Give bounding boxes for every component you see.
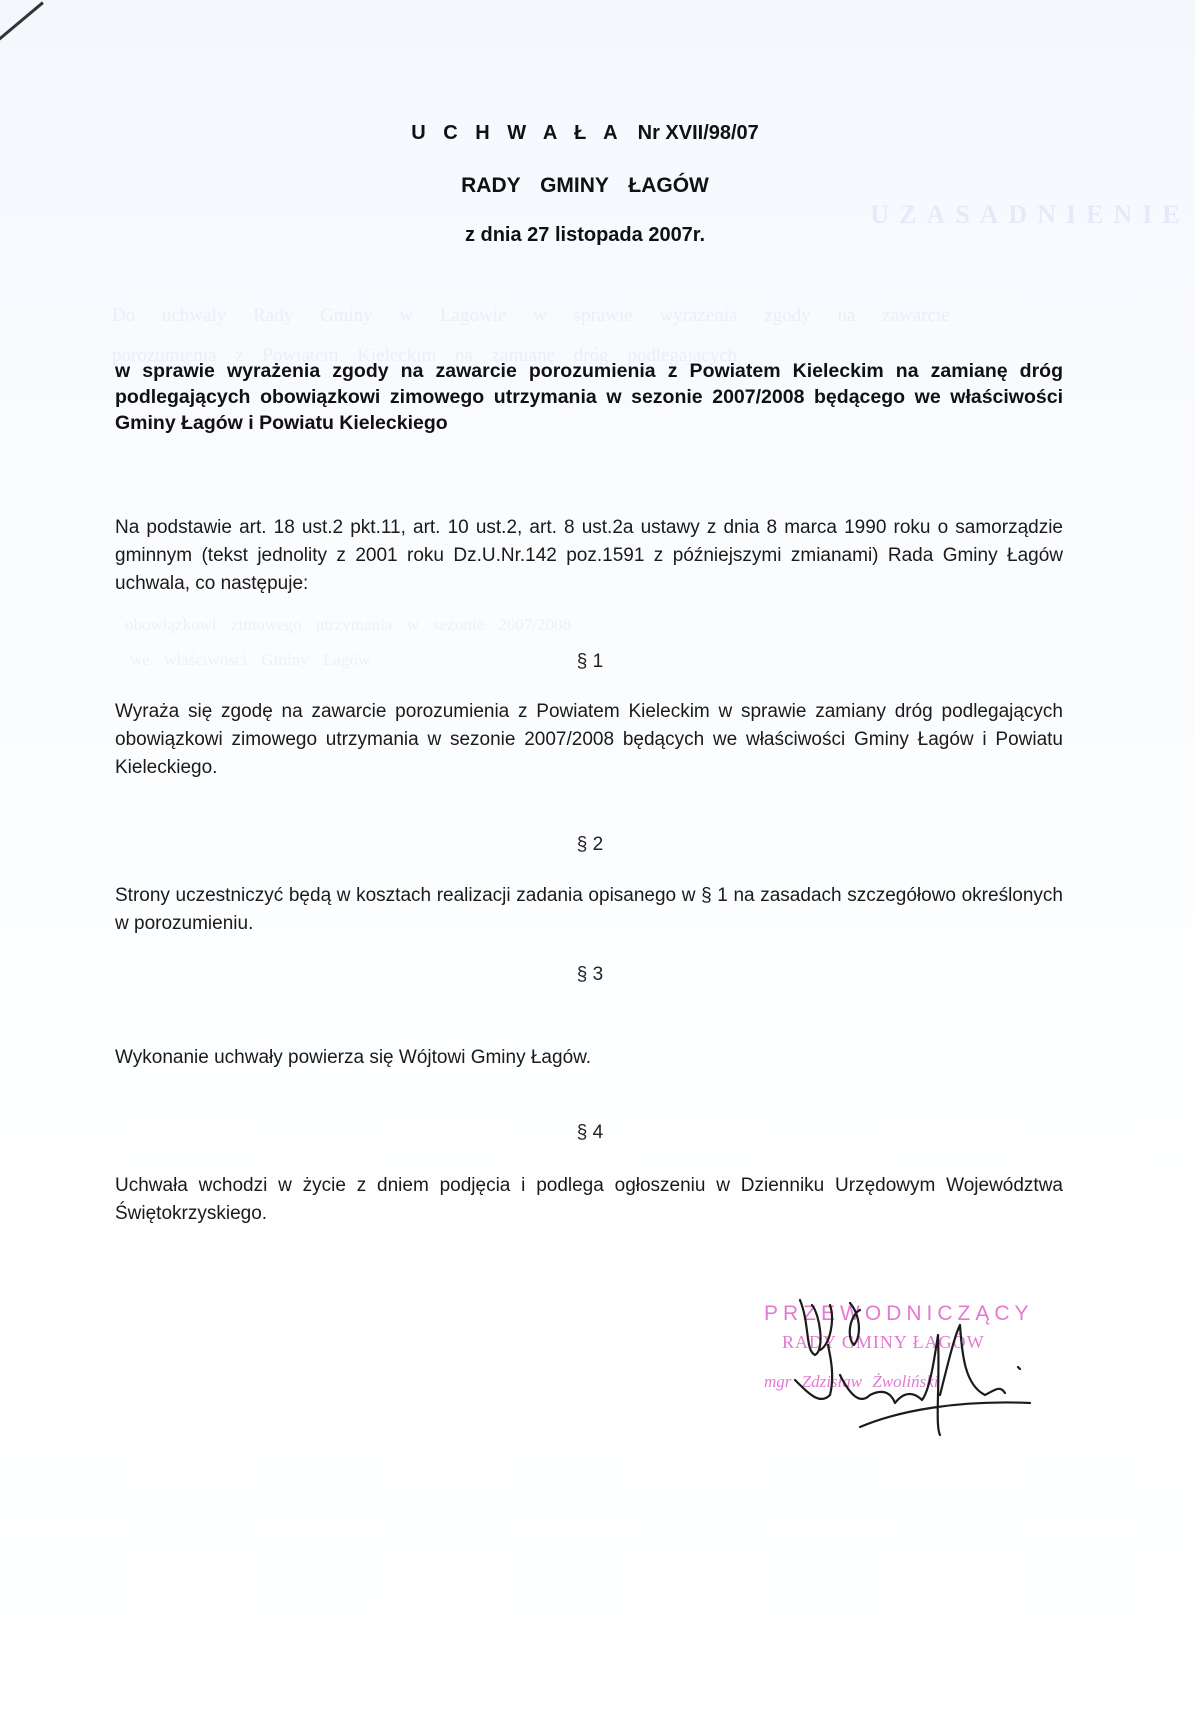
bleed-through-line: Do uchwały Rady Gminy w Łagowie w sprawi… (112, 305, 950, 327)
scanned-page: UZASADNIENIE Do uchwały Rady Gminy w Łag… (0, 0, 1195, 1716)
section-3-text: Wykonanie uchwały powierza się Wójtowi G… (115, 1044, 1063, 1072)
section-2-label: § 2 (0, 834, 1180, 856)
section-3-label: § 3 (0, 964, 1180, 986)
scan-corner-mark (0, 1, 44, 42)
bleed-through-line: obowiązkowi zimowego utrzymania w sezoni… (125, 615, 571, 635)
resolution-date: z dnia 27 listopada 2007r. (0, 224, 1170, 247)
section-4-label: § 4 (0, 1122, 1180, 1144)
legal-basis-preamble: Na podstawie art. 18 ust.2 pkt.11, art. … (115, 514, 1063, 598)
resolution-title-word: U C H W A Ł A (411, 122, 623, 144)
issuing-council: RADY GMINY ŁAGÓW (0, 174, 1170, 198)
resolution-title: U C H W A Ł ANr XVII/98/07 (0, 122, 1170, 145)
section-2-text: Strony uczestniczyć będą w kosztach real… (115, 882, 1063, 938)
handwritten-signature (790, 1295, 1050, 1445)
section-1-text: Wyraża się zgodę na zawarcie porozumieni… (115, 698, 1063, 782)
section-4-text: Uchwała wchodzi w życie z dniem podjęcia… (115, 1172, 1063, 1228)
resolution-number: Nr XVII/98/07 (638, 122, 759, 144)
section-1-label: § 1 (0, 651, 1180, 673)
resolution-subject: w sprawie wyrażenia zgody na zawarcie po… (115, 358, 1063, 436)
